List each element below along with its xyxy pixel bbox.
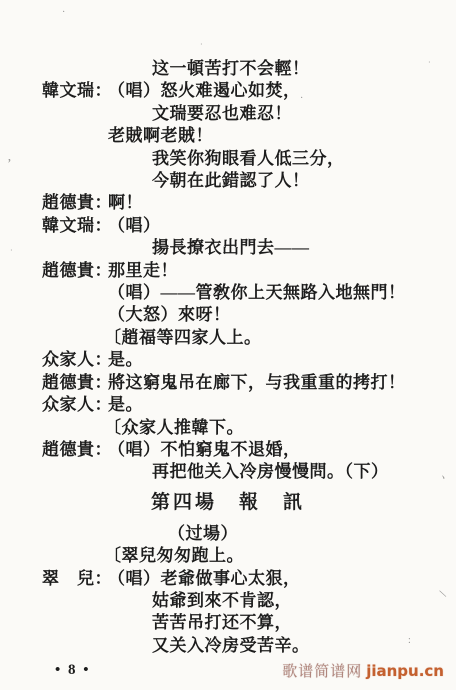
verse-line: 这一頓苦打不会輕！ [0,58,456,80]
scan-speck: : [408,636,411,646]
verse-line: 今朝在此錯認了人！ [0,170,456,192]
speaker-name: 趙德貴： [42,372,108,394]
scan-speck: ’ [7,160,12,170]
stage-direction: 〔趙福等四家人上。 [0,327,456,349]
scan-speck: 、 [441,469,455,482]
stage-direction: 〔众家人推韓下。 [0,417,456,439]
dialogue-text: （唱） [108,216,161,235]
verse-line: 再把他关入冷房慢慢問。（下） [0,461,456,483]
dialogue-text: 啊！ [108,193,143,212]
speaker-name: 趙德貴： [42,439,108,461]
dialogue-text: （唱）不怕窮鬼不退婚， [108,440,301,459]
verse-line: 姑爺到來不肯認， [0,590,456,612]
scan-speck: · [300,94,303,104]
dialogue-line: 众家人：是。 [0,349,456,371]
verse-line: 揚長撩衣出門去—— [0,237,456,259]
dialogue-line: 趙德貴：啊！ [0,192,456,214]
scan-speck: · [428,58,431,68]
speaker-name: 趙德貴： [42,260,108,282]
dialogue-text: （唱）怒火难遏心如焚， [108,81,301,100]
verse-line: 我笑你狗眼看人低三分， [0,148,456,170]
speaker-name: 众家人： [42,394,108,416]
watermark-site-name: 歌谱简谱网 [282,664,362,680]
dialogue-line: 众家人：是。 [0,394,456,416]
speaker-name: 趙德貴： [42,192,108,214]
scanned-script-page: 这一頓苦打不会輕！ 韓文瑞：（唱）怒火难遏心如焚， 文瑞要忍也难忍！ 老賊啊老賊… [0,0,456,690]
dialogue-text: 是。 [108,395,143,414]
verse-line: 又关入冷房受苦辛。 [0,635,456,657]
scene-heading: 第四場 報 訊 [0,484,456,523]
scene-subtitle: （过場） [0,523,456,545]
dialogue-text: （唱）老爺做事心太狠， [108,569,301,588]
stage-direction: 〔翠兒匆匆跑上。 [0,545,456,567]
dialogue-continuation: （大怒）來呀！ [0,304,456,326]
scan-speck: · [62,8,65,18]
script-text-block: 这一頓苦打不会輕！ 韓文瑞：（唱）怒火难遏心如焚， 文瑞要忍也难忍！ 老賊啊老賊… [0,58,456,657]
dialogue-line: 趙德貴：那里走！ [0,260,456,282]
dialogue-line: 韓文瑞：（唱）怒火难遏心如焚， [0,80,456,102]
dialogue-line: 翠 兒：（唱）老爺做事心太狠， [0,568,456,590]
speaker-name: 翠 兒： [42,568,108,590]
speaker-name: 韓文瑞： [42,80,108,102]
scan-speck: · [10,246,13,256]
dialogue-line: 趙德貴：將这窮鬼吊在廊下，与我重重的拷打！ [0,372,456,394]
dialogue-text: 那里走！ [108,261,178,280]
page-number: • 8 • [55,662,91,679]
dialogue-continuation: 老賊啊老賊！ [0,125,456,147]
dialogue-continuation: （唱）——管敎你上天無路入地無門！ [0,282,456,304]
dialogue-line: 趙德貴：（唱）不怕窮鬼不退婚， [0,439,456,461]
verse-line: 文瑞要忍也难忍！ [0,103,456,125]
dialogue-text: 是。 [108,350,143,369]
dialogue-text: 將这窮鬼吊在廊下，与我重重的拷打！ [108,373,406,392]
speaker-name: 众家人： [42,349,108,371]
watermark-site-url: jianpu.cn [366,662,444,680]
scan-speck: · [200,40,203,50]
dialogue-line: 韓文瑞：（唱） [0,215,456,237]
verse-line: 苦苦吊打还不算， [0,612,456,634]
site-watermark: 歌谱简谱网jianpu.cn [282,660,444,681]
speaker-name: 韓文瑞： [42,215,108,237]
